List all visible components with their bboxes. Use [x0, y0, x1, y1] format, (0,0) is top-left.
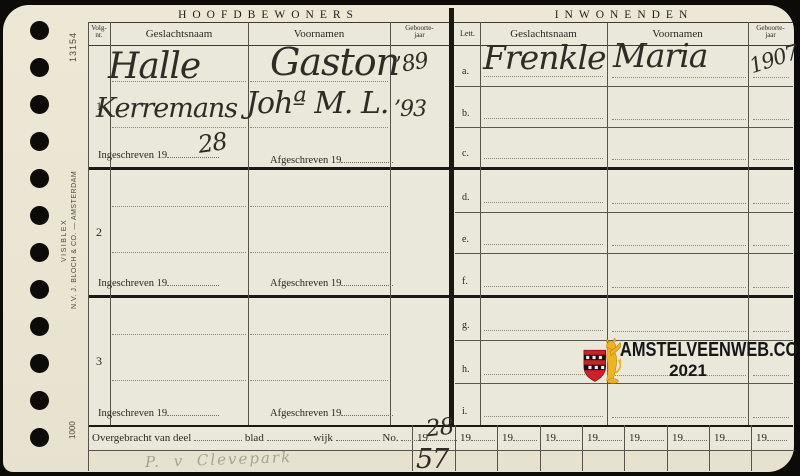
row-letter: c.: [462, 148, 469, 159]
hoofdbewoners-title: HOOFDBEWONERS: [88, 9, 449, 21]
ruled-line: [753, 331, 789, 332]
dotted-leader: [341, 404, 393, 416]
inwonenden-row-b: b.: [455, 86, 793, 128]
printer-address: N.V. J. BLOCH & CO. — AMSTERDAM: [71, 130, 78, 350]
volgnummer: 3: [88, 354, 110, 369]
ruled-line: [484, 244, 603, 245]
punch-hole: [30, 58, 49, 77]
punch-hole: [30, 428, 49, 447]
row-letter: g.: [462, 320, 470, 331]
column-header-lett: Lett.: [455, 30, 480, 38]
punch-hole: [30, 243, 49, 262]
watermark: AMSTELVEENWEB.COM 2021: [583, 336, 783, 388]
footer-year-cell: 19: [497, 425, 545, 450]
dotted-leader: [556, 429, 580, 441]
ingeschreven-jaar: 28: [196, 129, 228, 157]
block-footer: Ingeschreven 19 Afgeschreven 19: [98, 404, 447, 419]
row-letter: e.: [462, 234, 469, 245]
inwonenden-row-i: i.: [455, 383, 793, 426]
column-header-geboortejaar-right: Geboorte- jaar: [748, 25, 793, 40]
afgeschreven-group: Afgeschreven 19: [270, 404, 393, 419]
ruled-line: [753, 203, 789, 204]
ruled-line: [250, 206, 388, 207]
afgeschreven-group: Afgeschreven 19: [270, 146, 393, 166]
ruled-line: [612, 159, 746, 160]
row-letter: h.: [462, 364, 470, 375]
hoofdbewoners-block-2: 2 Ingeschreven 19 Afgeschreven 19: [88, 170, 449, 295]
column-header-geboortejaar-left-line2: jaar: [390, 32, 449, 39]
entry-geboortejaar: 1907: [747, 42, 800, 77]
footer-year-cell: 19: [582, 425, 629, 450]
ruled-line: [112, 127, 246, 128]
ruled-line: [112, 252, 246, 253]
center-divider: [449, 8, 454, 425]
year-prefix: 19: [502, 432, 513, 444]
punch-hole: [30, 132, 49, 151]
dotted-leader: [513, 429, 537, 441]
row-letter: i.: [462, 406, 467, 417]
punch-hole: [30, 317, 49, 336]
year-prefix: 19: [756, 432, 767, 444]
ruled-line: [612, 119, 746, 120]
register-card-scan: 13154 VISIBLEX N.V. J. BLOCH & CO. — AMS…: [0, 0, 800, 476]
ruled-line: [753, 159, 789, 160]
block-footer: Ingeschreven 19 Afgeschreven 19 28: [98, 146, 447, 161]
punch-hole: [30, 21, 49, 40]
ruled-line: [612, 245, 746, 246]
ruled-line: [753, 77, 789, 78]
footer-number: 57: [416, 446, 448, 473]
ingeschreven-label: Ingeschreven 19: [98, 278, 167, 289]
punch-hole: [30, 206, 49, 225]
year-prefix: 19: [629, 432, 640, 444]
ruled-line: [753, 287, 789, 288]
ruled-line: [484, 416, 603, 417]
column-header-geslachtsnaam-left: Geslachtsnaam: [110, 29, 248, 41]
row-letter: d.: [462, 192, 470, 203]
ruled-line: [612, 287, 746, 288]
volgnummer: 2: [88, 225, 110, 240]
punch-hole: [30, 391, 49, 410]
ruled-line: [250, 127, 388, 128]
column-header-voornamen-left: Voornamen: [248, 29, 390, 41]
ruled-line: [612, 77, 746, 78]
inwonenden-row-e: e.: [455, 212, 793, 254]
inwonenden-row-f: f.: [455, 253, 793, 296]
year-prefix: 19: [714, 432, 725, 444]
year-prefix: 19: [460, 432, 471, 444]
afgeschreven-label: Afgeschreven 19: [270, 408, 341, 419]
ruled-line: [112, 334, 246, 335]
dotted-leader: [341, 274, 393, 286]
dotted-leader: [683, 429, 707, 441]
column-header-volgnr: Volg- nr.: [88, 25, 110, 40]
dotted-leader: [336, 429, 380, 441]
column-header-geboortejaar-left: Geboorte- jaar: [390, 25, 449, 40]
inwonenden-row-c: c.: [455, 127, 793, 168]
footer-year-value: 28: [425, 416, 455, 442]
ruled-line: [484, 286, 603, 287]
year-prefix: 19: [545, 432, 556, 444]
entry-geboortejaar: ’93: [394, 99, 426, 121]
rule-under-titles: [88, 22, 793, 23]
afgeschreven-group: Afgeschreven 19: [270, 274, 393, 289]
overgebracht-label: Overgebracht van deel: [92, 432, 191, 444]
dotted-leader: [167, 404, 219, 416]
column-header-geboortejaar-right-line2: jaar: [748, 32, 793, 39]
afgeschreven-label: Afgeschreven 19: [270, 155, 341, 166]
ruled-line: [753, 119, 789, 120]
dotted-leader: [598, 429, 622, 441]
row-letter: f.: [462, 276, 468, 287]
blad-label: blad: [245, 432, 264, 444]
ruled-line: [612, 203, 746, 204]
ruled-line: [484, 330, 603, 331]
entry-voornamen: Maria: [613, 39, 707, 72]
wijk-label: wijk: [313, 432, 333, 444]
dotted-leader: [194, 429, 242, 441]
entry-voornamen: Johª M. L.: [246, 89, 388, 119]
hoofdbewoners-block-1: 1 Halle Gaston ’89 Kerremans Johª M. L. …: [88, 45, 449, 167]
dotted-leader: [267, 429, 311, 441]
inwonenden-row-d: d.: [455, 170, 793, 212]
dotted-leader: [167, 274, 219, 286]
inwonenden-row-a: a. Frenkle Maria 1907: [455, 45, 793, 86]
ingeschreven-label: Ingeschreven 19: [98, 150, 167, 161]
ruled-line: [753, 417, 789, 418]
no-label: No.: [382, 432, 398, 444]
footer-year-cell: 19: [540, 425, 587, 450]
inwonenden-title: INWONENDEN: [455, 9, 793, 21]
serial-number-bottom: 1000: [68, 408, 77, 452]
ruled-line: [612, 417, 746, 418]
afgeschreven-label: Afgeschreven 19: [270, 278, 341, 289]
ingeschreven-label: Ingeschreven 19: [98, 408, 167, 419]
entry-voornamen: Gaston: [270, 43, 399, 81]
serial-number-top: 13154: [68, 24, 78, 70]
footer-year-cell: 19: [455, 425, 502, 450]
ruled-line: [484, 158, 603, 159]
punch-hole: [30, 95, 49, 114]
dotted-leader: [640, 429, 664, 441]
watermark-year: 2021: [628, 361, 748, 381]
ruled-line: [484, 202, 603, 203]
ruled-line: [250, 380, 388, 381]
dotted-leader: [767, 429, 787, 441]
footer-year-cell: 19: [751, 425, 796, 450]
footer-year-cell: 19: [667, 425, 714, 450]
row-letter: b.: [462, 108, 470, 119]
ruled-line: [112, 380, 246, 381]
coat-of-arms-icon: [583, 338, 621, 386]
footer-year-cell: 19: [624, 425, 672, 450]
dotted-leader: [471, 429, 495, 441]
punch-hole: [30, 169, 49, 188]
block-footer: Ingeschreven 19 Afgeschreven 19: [98, 274, 447, 289]
entry-geboortejaar: ’89: [394, 50, 429, 77]
punch-hole: [30, 354, 49, 373]
printer-name: VISIBLEX: [61, 130, 68, 350]
ruled-line: [612, 331, 746, 332]
dotted-leader: [725, 429, 749, 441]
entry-geslachtsnaam: Kerremans: [96, 95, 237, 122]
ruled-line: [250, 334, 388, 335]
year-prefix: 19: [672, 432, 683, 444]
entry-geslachtsnaam: Frenkle: [483, 41, 606, 74]
entry-geslachtsnaam: Halle: [108, 49, 200, 85]
ruled-line: [112, 206, 246, 207]
year-prefix: 19: [587, 432, 598, 444]
column-header-volgnr-line2: nr.: [88, 32, 110, 39]
watermark-site: AMSTELVEENWEB.COM: [620, 339, 800, 362]
footer-year-cell: 19: [709, 425, 756, 450]
hoofdbewoners-block-3: 3 Ingeschreven 19 Afgeschreven 19: [88, 298, 449, 425]
dotted-leader: [341, 151, 393, 163]
ruled-line: [753, 245, 789, 246]
row-letter: a.: [462, 66, 469, 77]
ruled-line: [484, 118, 603, 119]
punch-hole: [30, 280, 49, 299]
inwonenden-row-g: g.: [455, 298, 793, 340]
ruled-line: [250, 252, 388, 253]
